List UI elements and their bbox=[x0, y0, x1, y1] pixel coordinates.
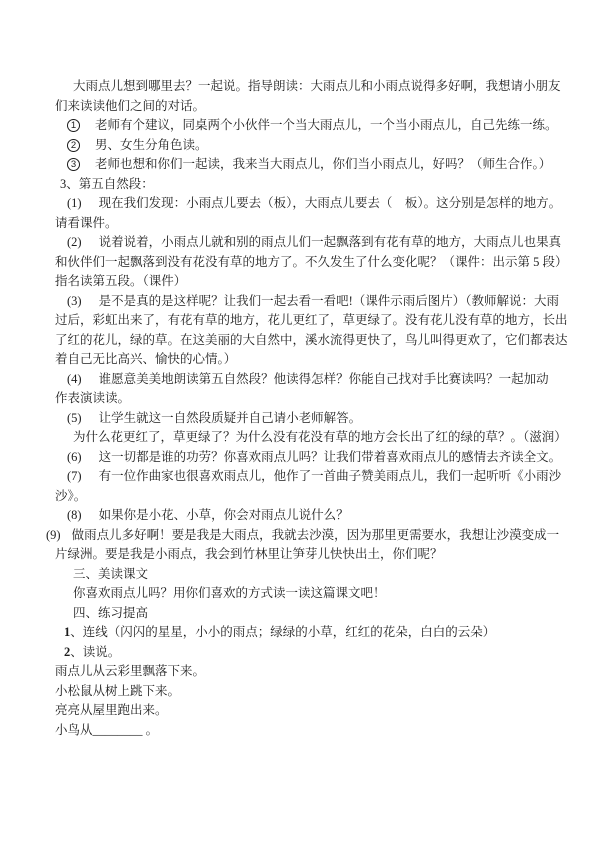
paren-number: (5) bbox=[67, 409, 82, 429]
paragraph-line: 们来读读他们之间的对话。 bbox=[55, 97, 545, 117]
paren-number: (1) bbox=[67, 194, 82, 214]
list-item-text: 这一切都是谁的功劳？你喜欢雨点儿吗？让我们带着喜欢雨点儿的感情去齐读全文。 bbox=[99, 450, 562, 464]
circled-number: 2 bbox=[67, 139, 80, 152]
list-item-text: 老师也想和你们一起读，我来当大雨点儿，你们当小雨点儿，好吗？（师生合作。） bbox=[95, 157, 551, 171]
list-item: (4)谁愿意美美地朗读第五自然段？他读得怎样？你能自己找对手比赛读吗？一起加动 bbox=[55, 370, 545, 390]
list-item-text: 有一位作曲家也很喜欢雨点儿，他作了一首曲子赞美雨点儿，我们一起听听《小雨沙 bbox=[99, 469, 562, 483]
paren-number: (8) bbox=[67, 506, 82, 526]
paragraph-line: 为什么花更红了，草更绿了？为什么没有花没有草的地方会长出了红的绿的草？。（滋润） bbox=[55, 428, 545, 448]
paragraph-line: 片绿洲。要是我是小雨点，我会到竹林里让笋芽儿快快出土，你们呢？ bbox=[55, 545, 545, 565]
list-item: (8)如果你是小花、小草，你会对雨点儿说什么？ bbox=[55, 506, 545, 526]
paren-number: (4) bbox=[67, 370, 82, 390]
paragraph-line: 你喜欢雨点儿吗？用你们喜欢的方式读一读这篇课文吧！ bbox=[55, 584, 545, 604]
list-item-text: 如果你是小花、小草，你会对雨点儿说什么？ bbox=[99, 508, 349, 522]
paren-number: (3) bbox=[67, 292, 82, 312]
list-item: (5)让学生就这一自然段质疑并自己请小老师解答。 bbox=[55, 409, 545, 429]
paragraph-line: 作表演读读。 bbox=[55, 389, 545, 409]
list-item: (9)做雨点儿多好啊！要是我是大雨点，我就去沙漠，因为那里更需要水，我想让沙漠变… bbox=[46, 526, 545, 546]
paragraph-line: 大雨点儿想到哪里去？一起说。指导朗读：大雨点儿和小雨点说得多好啊，我想请小朋友 bbox=[55, 77, 545, 97]
exercise-sentence: 亮亮从屋里跑出来。 bbox=[55, 701, 545, 721]
paren-number: (7) bbox=[67, 467, 82, 487]
list-item-text: 是不是真的是这样呢？让我们一起去看一看吧!（课件示雨后图片）（教师解说：大雨 bbox=[99, 294, 559, 308]
list-item: 1老师有个建议，同桌两个小伙伴一个当大雨点儿，一个当小雨点儿，自己先练一练。 bbox=[55, 116, 545, 136]
document-page: 大雨点儿想到哪里去？一起说。指导朗读：大雨点儿和小雨点说得多好啊，我想请小朋友 … bbox=[0, 0, 595, 842]
paren-number: (9) bbox=[46, 526, 61, 546]
paragraph-line: 过后，彩虹出来了，有花有草的地方，花儿更红了，草更绿了。没有花儿没有草的地方，长… bbox=[55, 311, 545, 331]
list-item-text: 老师有个建议，同桌两个小伙伴一个当大雨点儿，一个当小雨点儿，自己先练一练。 bbox=[95, 118, 558, 132]
paren-number: (2) bbox=[67, 233, 82, 253]
exercise-sentence: 雨点儿从云彩里飘落下来。 bbox=[55, 662, 545, 682]
paragraph-line: 着自己无比高兴、愉快的心情。） bbox=[55, 350, 545, 370]
list-item: (6)这一切都是谁的功劳？你喜欢雨点儿吗？让我们带着喜欢雨点儿的感情去齐读全文。 bbox=[55, 448, 545, 468]
section-heading: 3、第五自然段： bbox=[55, 175, 545, 195]
paren-number: (6) bbox=[67, 448, 82, 468]
circled-number: 1 bbox=[67, 119, 80, 132]
list-item: 1、连线（闪闪的星星，小小的雨点；绿绿的小草，红红的花朵，白白的云朵） bbox=[55, 623, 545, 643]
list-item-text: 让学生就这一自然段质疑并自己请小老师解答。 bbox=[99, 411, 362, 425]
list-item: (7)有一位作曲家也很喜欢雨点儿，他作了一首曲子赞美雨点儿，我们一起听听《小雨沙 bbox=[55, 467, 545, 487]
list-item-text: 、连线（闪闪的星星，小小的雨点；绿绿的小草，红红的花朵，白白的云朵） bbox=[70, 625, 495, 639]
exercise-sentence-with-blank: 小鸟从________ 。 bbox=[55, 721, 545, 741]
list-item: 3老师也想和你们一起读，我来当大雨点儿，你们当小雨点儿，好吗？（师生合作。） bbox=[55, 155, 545, 175]
section-heading: 三、美读课文 bbox=[55, 565, 545, 585]
list-item-text: 、读说。 bbox=[70, 645, 120, 659]
list-item: (2)说着说着，小雨点儿就和别的雨点儿们一起飘落到有花有草的地方，大雨点儿也果真 bbox=[55, 233, 545, 253]
list-item-text: 男、女生分角色读。 bbox=[95, 138, 208, 152]
circled-number: 3 bbox=[67, 158, 80, 171]
list-item-text: 现在我们发现：小雨点儿要去（板），大雨点儿要去（ 板）。这分别是怎样的地方。 bbox=[99, 196, 562, 210]
paragraph-line: 请看课件。 bbox=[55, 214, 545, 234]
exercise-sentence: 小松鼠从树上跳下来。 bbox=[55, 682, 545, 702]
section-heading: 四、练习提高 bbox=[55, 604, 545, 624]
paragraph-line: 和伙伴们一起飘落到没有花没有草的地方了。不久发生了什么变化呢？（课件：出示第 5… bbox=[55, 253, 545, 273]
paragraph-line: 了红的花儿，绿的草。在这美丽的大自然中，溪水流得更快了，鸟儿叫得更欢了，它们都表… bbox=[55, 331, 545, 351]
list-item-text: 谁愿意美美地朗读第五自然段？他读得怎样？你能自己找对手比赛读吗？一起加动 bbox=[99, 372, 549, 386]
list-item: 2、读说。 bbox=[55, 643, 545, 663]
list-item: (1)现在我们发现：小雨点儿要去（板），大雨点儿要去（ 板）。这分别是怎样的地方… bbox=[55, 194, 545, 214]
paragraph-line: 指名读第五段。（课件） bbox=[55, 272, 545, 292]
list-item: (3)是不是真的是这样呢？让我们一起去看一看吧!（课件示雨后图片）（教师解说：大… bbox=[55, 292, 545, 312]
paragraph-line: 沙》。 bbox=[55, 487, 545, 507]
list-item-text: 说着说着，小雨点儿就和别的雨点儿们一起飘落到有花有草的地方，大雨点儿也果真 bbox=[99, 235, 562, 249]
list-item: 2男、女生分角色读。 bbox=[55, 136, 545, 156]
list-item-text: 做雨点儿多好啊！要是我是大雨点，我就去沙漠，因为那里更需要水，我想让沙漠变成一 bbox=[72, 528, 560, 542]
